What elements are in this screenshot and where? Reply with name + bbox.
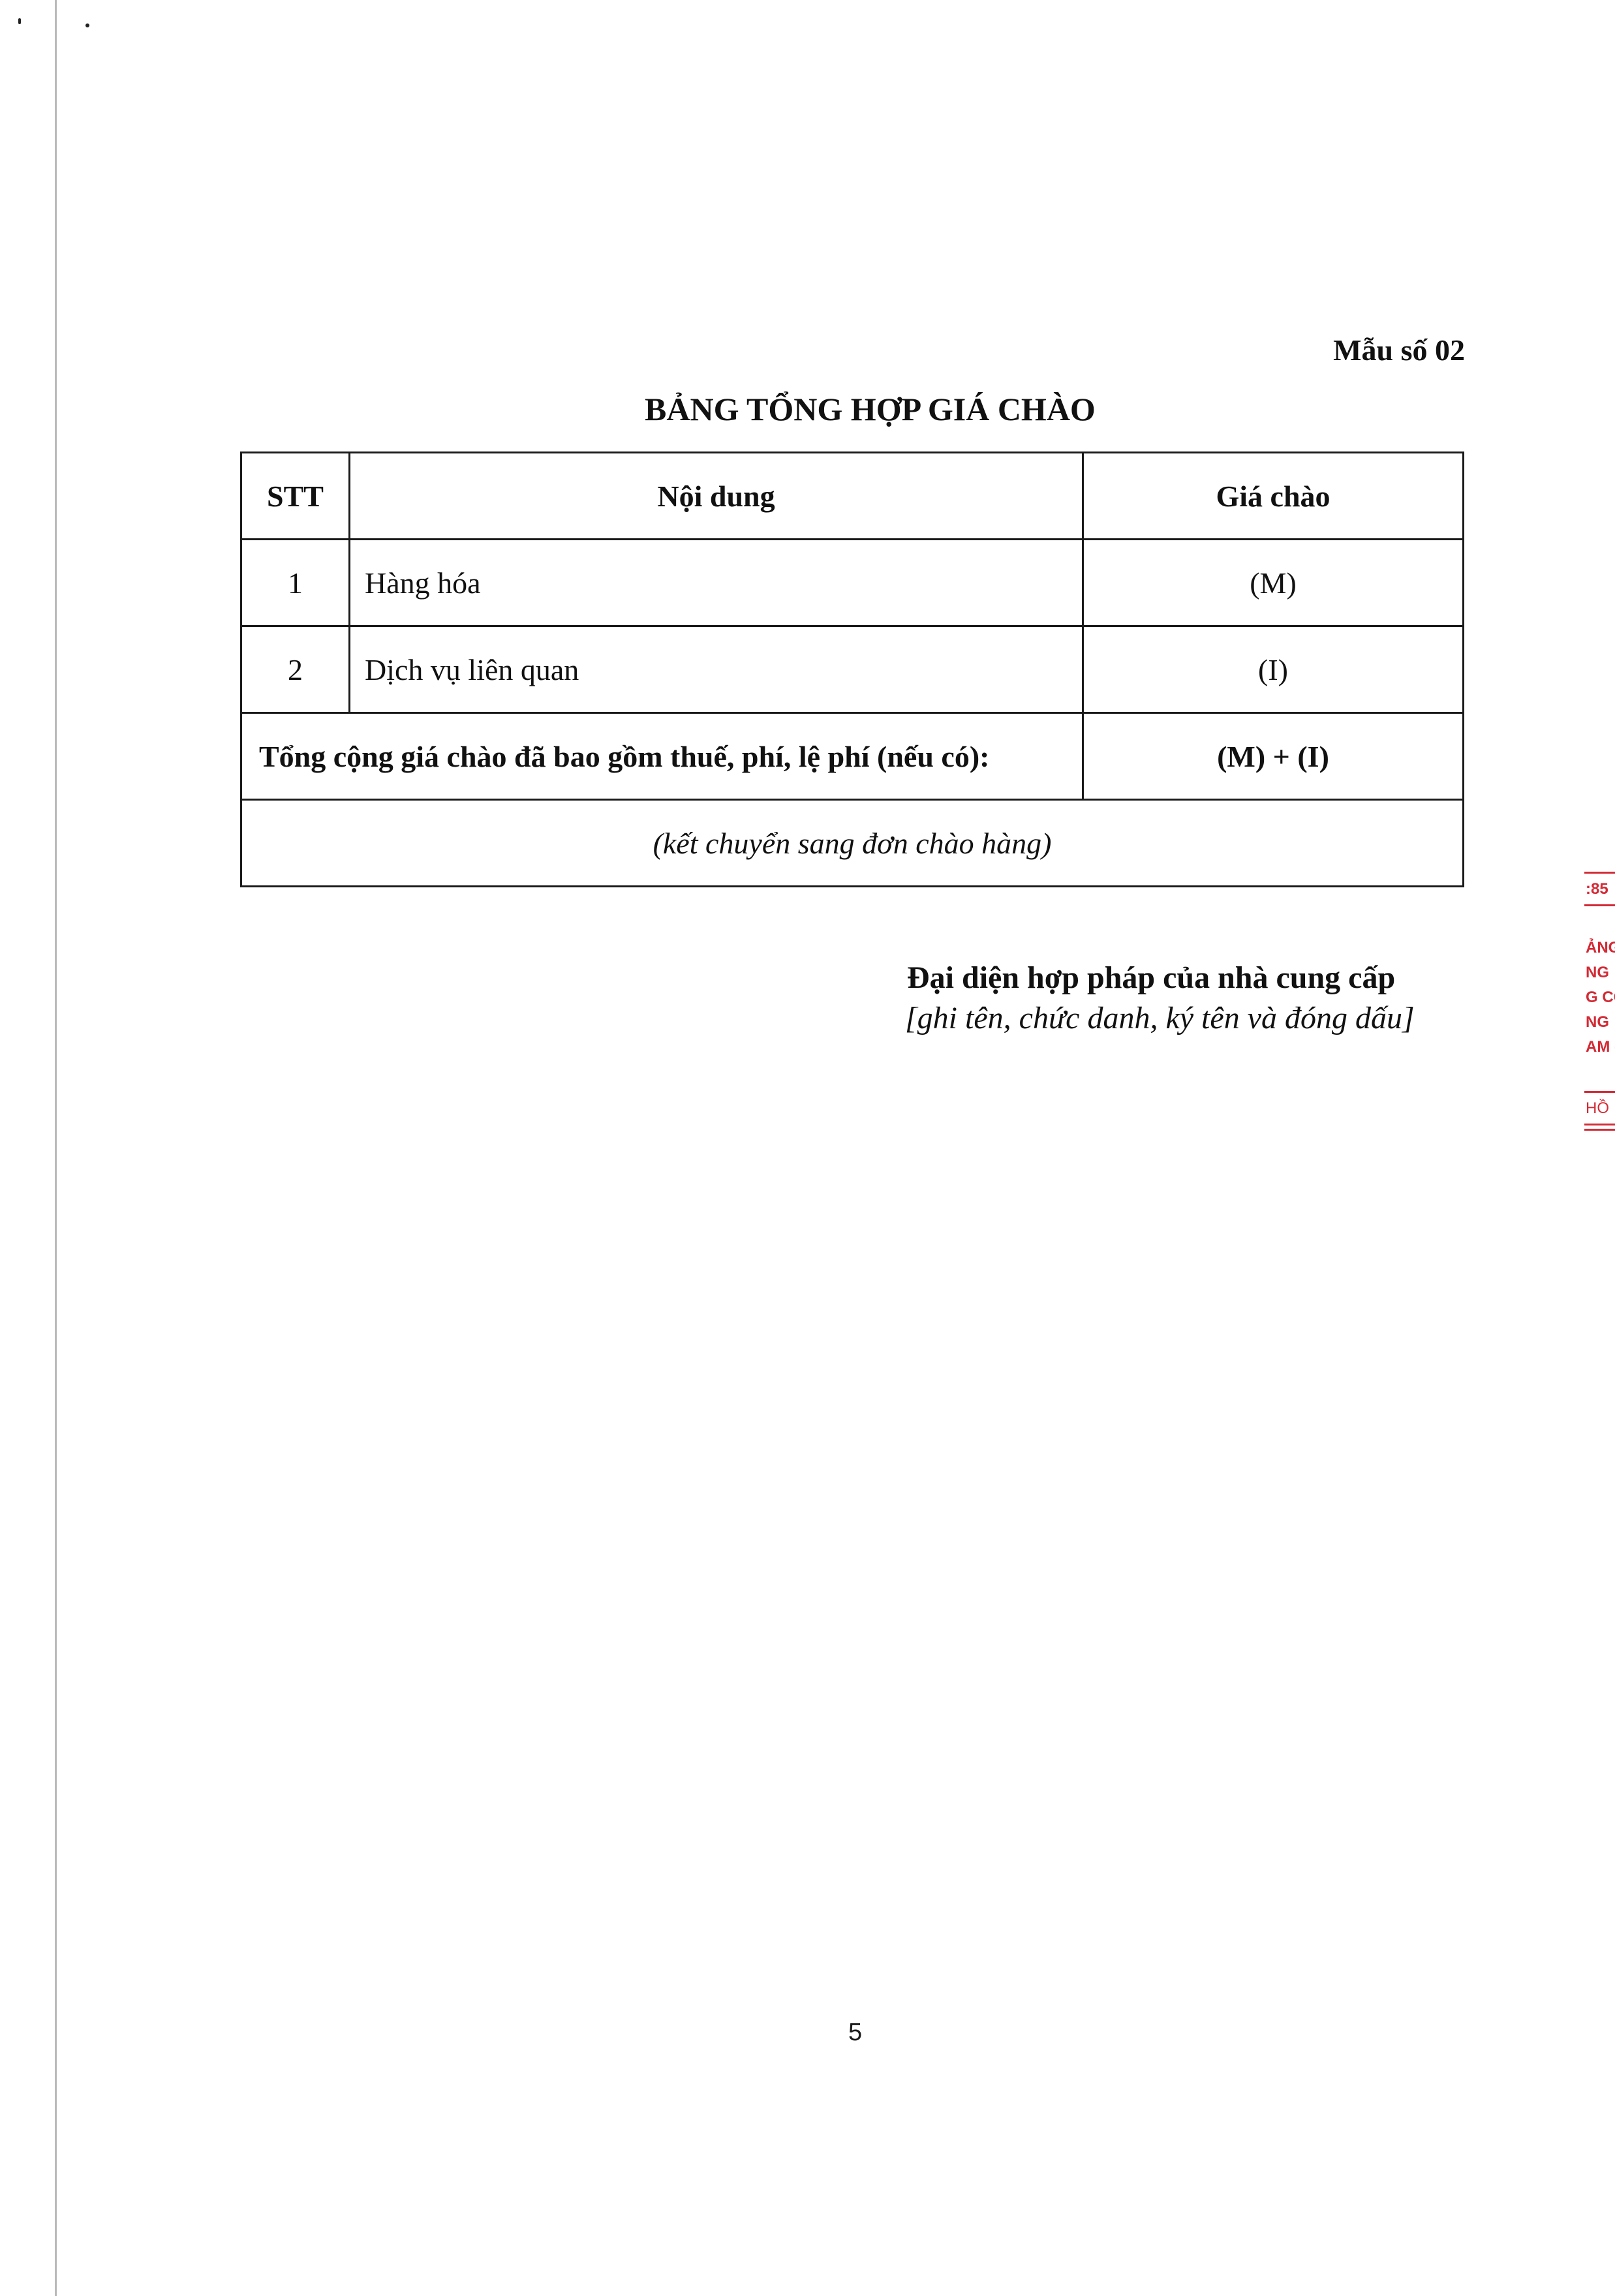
stamp-text: NG (1586, 1011, 1609, 1033)
stamp-rule (1584, 1129, 1615, 1131)
stamp-text: G CÔ (1586, 987, 1615, 1009)
document-title: BẢNG TỔNG HỢP GIÁ CHÀO (645, 390, 1096, 428)
signature-hint: [ghi tên, chức danh, ký tên và đóng dấu] (905, 998, 1494, 1039)
row-content: Dịch vụ liên quan (350, 626, 1083, 713)
stamp-rule (1584, 872, 1615, 874)
table-header-row: STT Nội dung Giá chào (241, 453, 1464, 540)
form-number: Mẫu số 02 (1333, 333, 1465, 367)
total-label: Tổng cộng giá chào đã bao gồm thuế, phí,… (241, 713, 1083, 800)
row-price: (I) (1083, 626, 1464, 713)
stamp-text: :85 (1586, 878, 1608, 900)
note-row: (kết chuyển sang đơn chào hàng) (241, 800, 1464, 887)
stamp-text: ẢNG (1586, 937, 1615, 959)
stamp-rule (1584, 1091, 1615, 1093)
table-row: 2 Dịch vụ liên quan (I) (241, 626, 1464, 713)
stamp-rule (1584, 904, 1615, 906)
red-stamp-fragment: :85 ẢNG NG G CÔ NG AM - HỒ (1584, 861, 1615, 1161)
stamp-text: AM - (1586, 1036, 1615, 1058)
page-number: 5 (848, 2019, 862, 2047)
total-value: (M) + (I) (1083, 713, 1464, 800)
row-stt: 1 (241, 540, 350, 626)
stamp-rule (1584, 1124, 1615, 1125)
scan-speck (18, 18, 21, 24)
table-row: 1 Hàng hóa (M) (241, 540, 1464, 626)
row-price: (M) (1083, 540, 1464, 626)
transfer-note: (kết chuyển sang đơn chào hàng) (241, 800, 1464, 887)
total-row: Tổng cộng giá chào đã bao gồm thuế, phí,… (241, 713, 1464, 800)
row-content: Hàng hóa (350, 540, 1083, 626)
signature-block: Đại diện hợp pháp của nhà cung cấp [ghi … (907, 958, 1494, 1039)
scan-edge-line (55, 0, 57, 2296)
price-summary-table: STT Nội dung Giá chào 1 Hàng hóa (M) 2 D… (240, 452, 1464, 887)
row-stt: 2 (241, 626, 350, 713)
column-header-stt: STT (241, 453, 350, 540)
column-header-content: Nội dung (350, 453, 1083, 540)
column-header-price: Giá chào (1083, 453, 1464, 540)
stamp-text: NG (1586, 962, 1609, 984)
signature-title: Đại diện hợp pháp của nhà cung cấp (907, 958, 1494, 998)
scan-speck (85, 23, 89, 27)
stamp-text: HỒ (1586, 1097, 1609, 1120)
